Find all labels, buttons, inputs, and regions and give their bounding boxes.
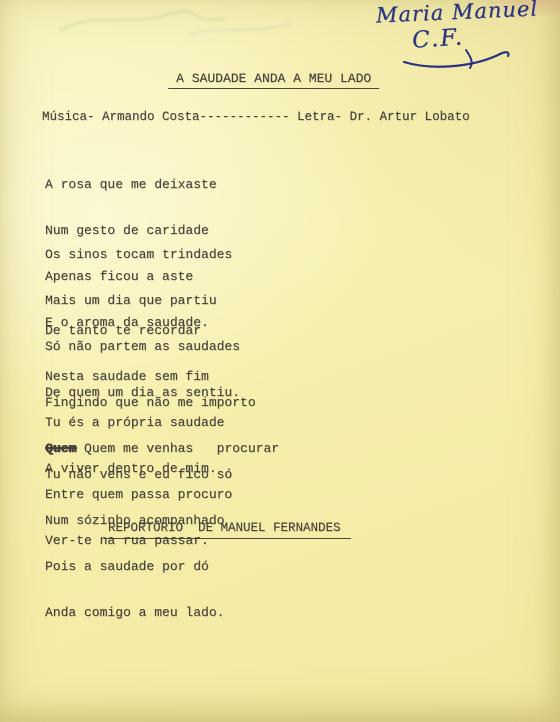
ink-flourish-stroke [400,48,520,70]
poem-line: Tu não vens e eu fico só [45,467,232,482]
poem-line: Os sinos tocam trindades [45,247,240,262]
repertoire-note: REPORTÕRIO DE MANUEL FERNANDES [104,521,351,539]
poem-line: De tanto te recordar [45,323,224,338]
poem-line: Pois a saudade por dó [45,559,232,574]
poem-line: Fingindo que não me importo [45,395,279,410]
handwritten-annotation: Maria Manuel C.F. [362,0,552,52]
stanza-5: Tu não vens e eu fico só Num sózinho aco… [45,436,232,652]
song-title: A SAUDADE ANDA A MEU LADO [168,71,379,89]
ink-bleedthrough [40,0,320,45]
music-lyrics-credits: Música- Armando Costa------------ Letra-… [42,110,470,125]
poem-line: A rosa que me deixaste [45,177,217,192]
typed-song-sheet: Maria Manuel C.F. A SAUDADE ANDA A MEU L… [0,0,560,722]
poem-line: Anda comigo a meu lado. [45,605,232,620]
